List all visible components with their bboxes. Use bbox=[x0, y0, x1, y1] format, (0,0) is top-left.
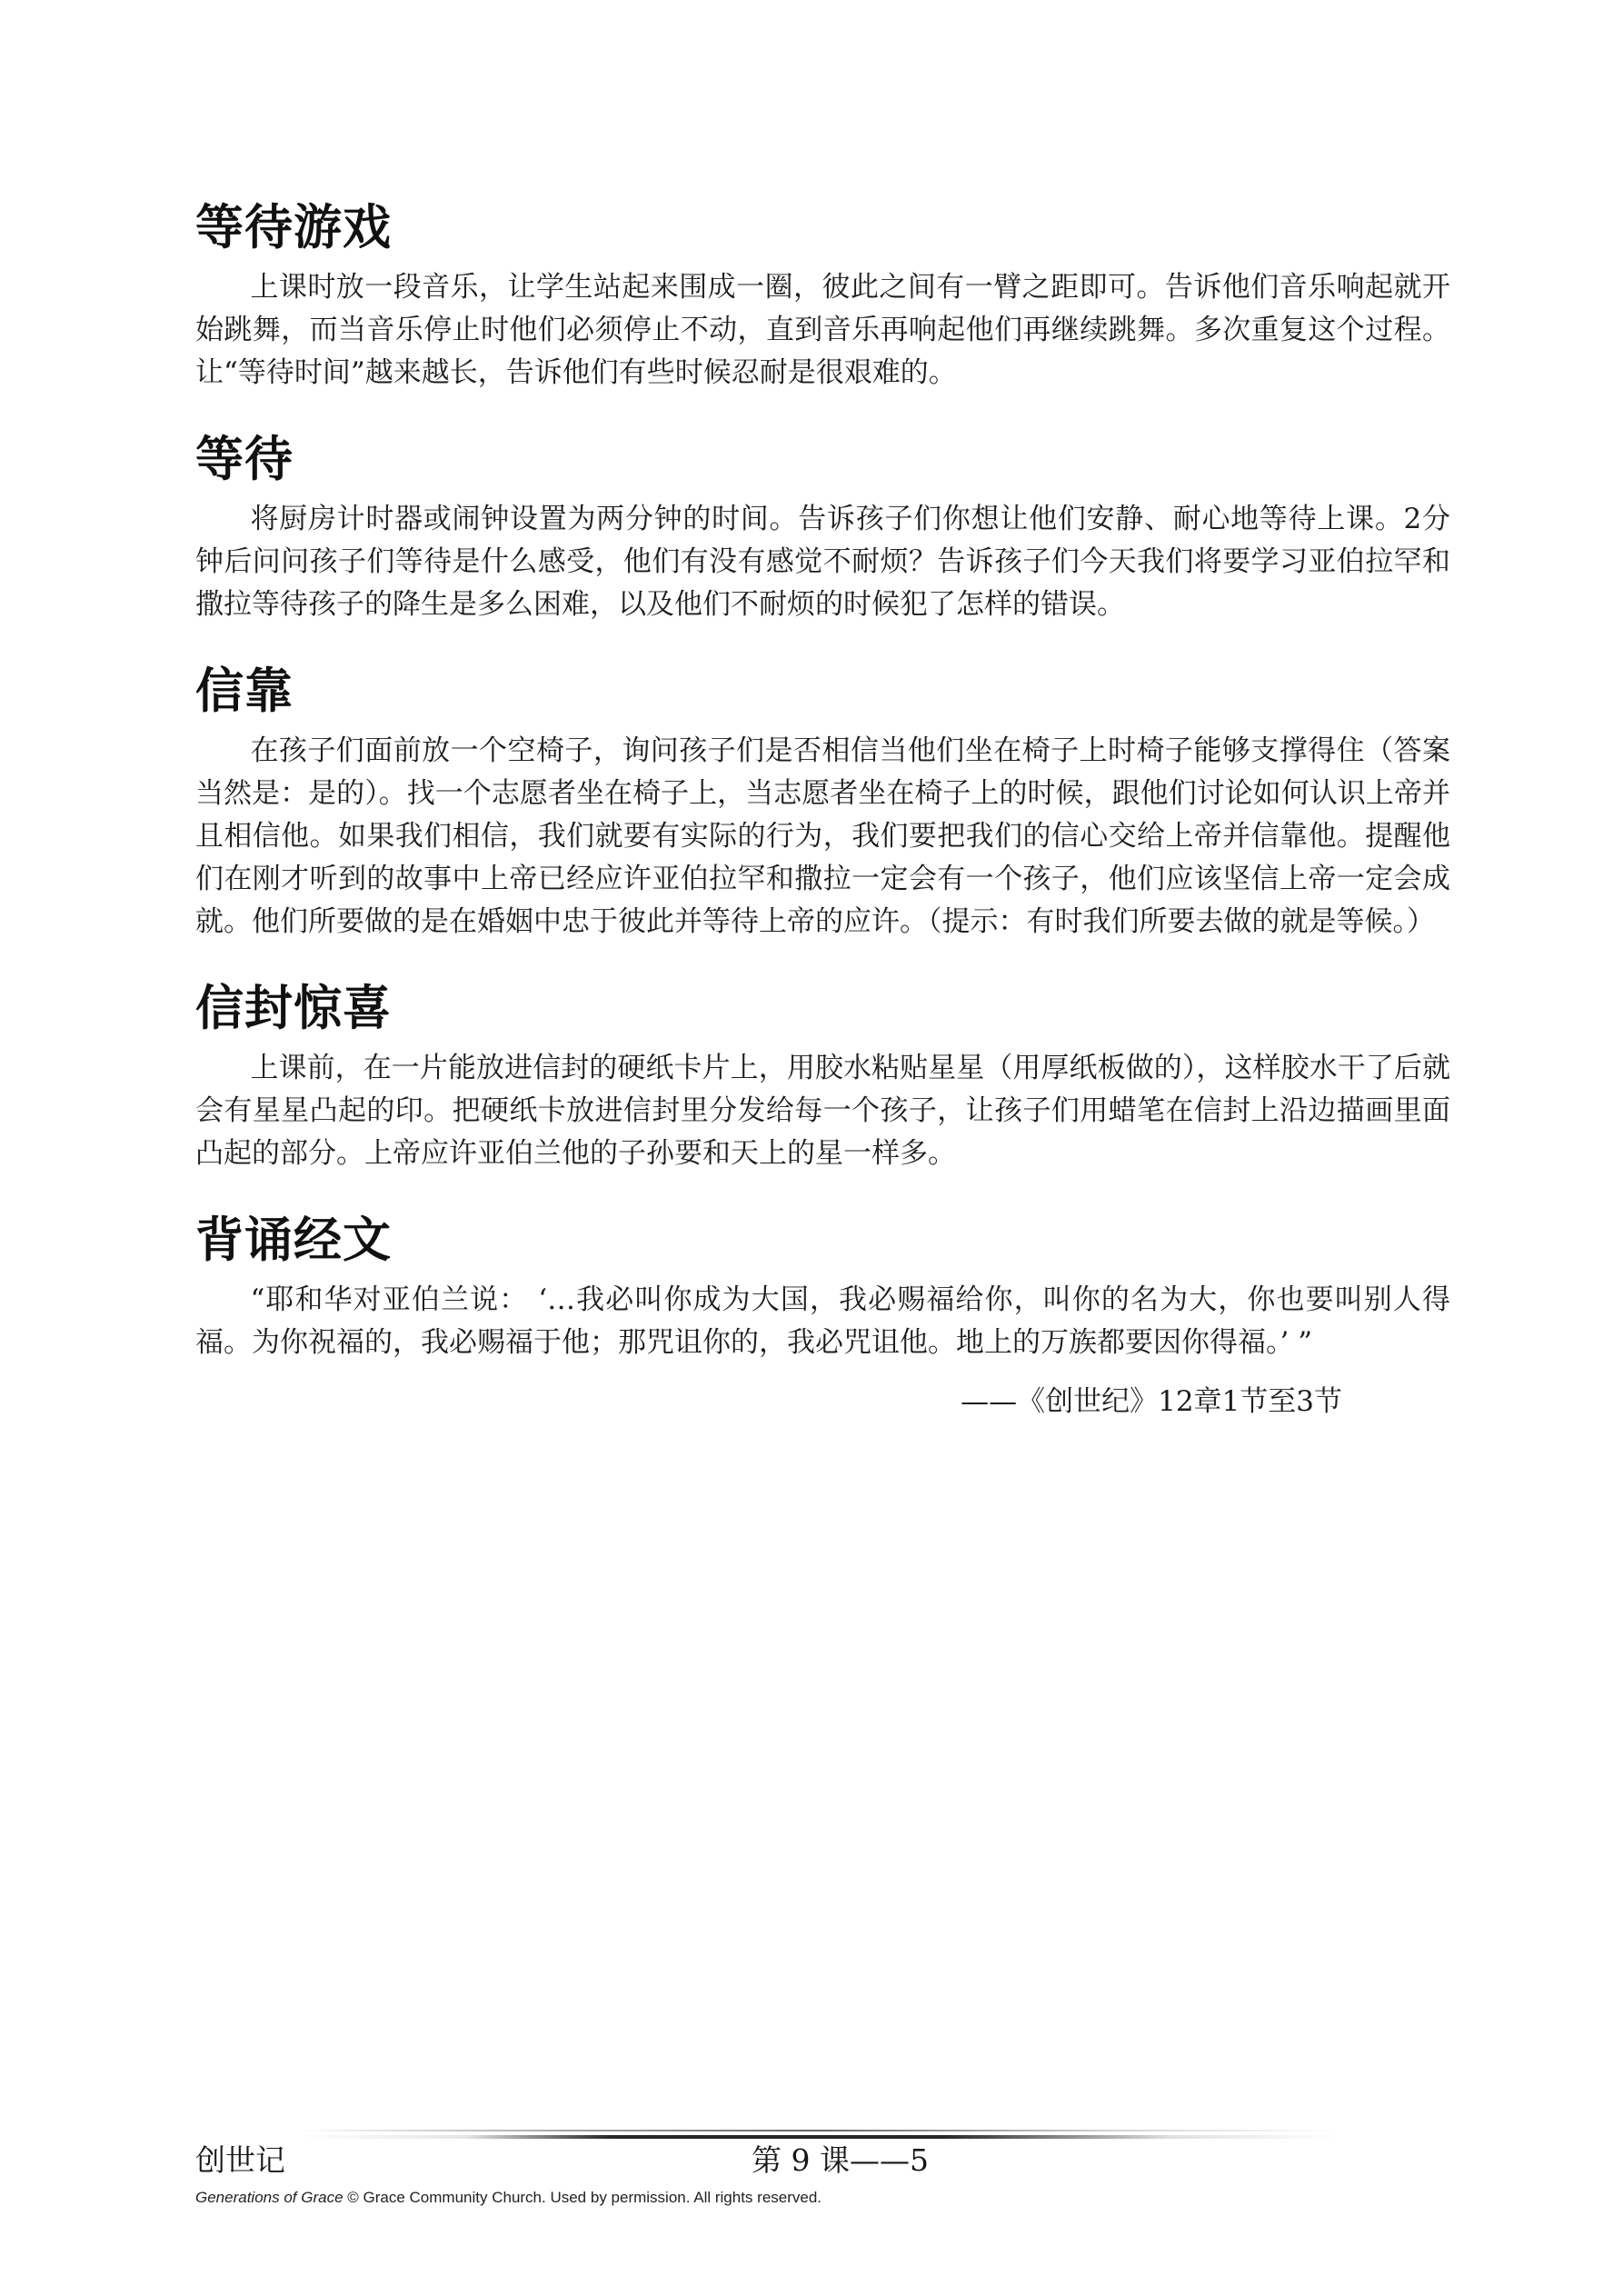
divider-thin-rule bbox=[300, 2130, 1336, 2131]
footer-divider-line bbox=[300, 2130, 1336, 2139]
section-paragraph: 上课前，在一片能放进信封的硬纸卡片上，用胶水粘贴星星（用厚纸板做的），这样胶水干… bbox=[195, 1047, 1450, 1175]
document-page: 等待游戏 上课时放一段音乐，让学生站起来围成一圈，彼此之间有一臂之距即可。告诉他… bbox=[0, 0, 1623, 2296]
section-trust: 信靠 在孩子们面前放一个空椅子，询问孩子们是否相信当他们坐在椅子上时椅子能够支撑… bbox=[195, 666, 1450, 943]
footer-book-title: 创世记 bbox=[195, 2143, 285, 2178]
section-heading: 等待游戏 bbox=[195, 203, 1450, 252]
page-content: 等待游戏 上课时放一段音乐，让学生站起来围成一圈，彼此之间有一臂之距即可。告诉他… bbox=[195, 0, 1450, 1423]
divider-thick-rule bbox=[300, 2135, 1336, 2139]
section-paragraph: “耶和华对亚伯兰说： ‘…我必叫你成为大国，我必赐福给你，叫你的名为大，你也要叫… bbox=[195, 1279, 1450, 1364]
section-memory-verse: 背诵经文 “耶和华对亚伯兰说： ‘…我必叫你成为大国，我必赐福给你，叫你的名为大… bbox=[195, 1215, 1450, 1423]
section-paragraph: 上课时放一段音乐，让学生站起来围成一圈，彼此之间有一臂之距即可。告诉他们音乐响起… bbox=[195, 266, 1450, 394]
copyright-text: © Grace Community Church. Used by permis… bbox=[344, 2189, 822, 2206]
scripture-citation: ——《创世纪》12章1节至3节 bbox=[195, 1381, 1342, 1423]
section-heading: 信靠 bbox=[195, 666, 1450, 715]
section-heading: 等待 bbox=[195, 434, 1450, 484]
footer-copyright: Generations of Grace © Grace Community C… bbox=[195, 2188, 821, 2208]
section-heading: 背诵经文 bbox=[195, 1215, 1450, 1264]
section-waiting-game: 等待游戏 上课时放一段音乐，让学生站起来围成一圈，彼此之间有一臂之距即可。告诉他… bbox=[195, 203, 1450, 394]
section-heading: 信封惊喜 bbox=[195, 983, 1450, 1033]
section-paragraph: 将厨房计时器或闹钟设置为两分钟的时间。告诉孩子们你想让他们安静、耐心地等待上课。… bbox=[195, 498, 1450, 626]
footer-page-number: 第 9 课——5 bbox=[752, 2143, 929, 2178]
section-waiting: 等待 将厨房计时器或闹钟设置为两分钟的时间。告诉孩子们你想让他们安静、耐心地等待… bbox=[195, 434, 1450, 626]
copyright-work-title: Generations of Grace bbox=[195, 2189, 344, 2206]
section-envelope-surprise: 信封惊喜 上课前，在一片能放进信封的硬纸卡片上，用胶水粘贴星星（用厚纸板做的），… bbox=[195, 983, 1450, 1175]
section-paragraph: 在孩子们面前放一个空椅子，询问孩子们是否相信当他们坐在椅子上时椅子能够支撑得住（… bbox=[195, 730, 1450, 943]
